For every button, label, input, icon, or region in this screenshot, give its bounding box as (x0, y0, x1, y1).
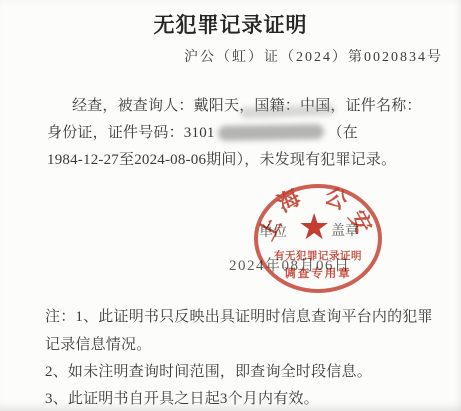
body-line-1: 经查，被查询人：戴阳天，国籍：中国，证件名称： (47, 94, 422, 115)
note-line-2: 记录信息情况。 (45, 333, 151, 354)
certificate-title: 无犯罪记录证明 (0, 9, 461, 39)
id-redaction-smudge (217, 124, 323, 141)
note-line-1: 注：1、此证明书只反映出具证明时信息查询平台内的犯罪 (45, 305, 433, 326)
note-line-3: 2、如未注明查询时间范围，即查询全时段信息。 (45, 360, 372, 381)
seal-inner-text-1: 有无犯罪记录证明 (254, 248, 382, 263)
official-seal: 上 海 公 安 ★ 有无犯罪记录证明 调查专用章 (254, 184, 382, 293)
seal-inner-text-2: 调查专用章 (254, 265, 382, 281)
seal-star-icon: ★ (298, 209, 330, 245)
note-line-4: 3、此证明书自开具之日起3个月内有效。 (45, 387, 319, 408)
body-line-2-prefix: 身份证，证件号码：3101 (47, 125, 215, 141)
body-line-2-suffix: （在 (328, 125, 358, 141)
redaction-smudge-secondary (240, 104, 335, 118)
certificate-photo: 无犯罪记录证明 沪公（虹）证（2024）第0020834号 经查，被查询人：戴阳… (0, 0, 461, 411)
body-line-3: 1984-12-27至2024-08-06期间），未发现有犯罪记录。 (47, 148, 396, 169)
body-line-2: 身份证，证件号码：3101（在 (47, 121, 358, 142)
document-number: 沪公（虹）证（2024）第0020834号 (184, 46, 443, 66)
